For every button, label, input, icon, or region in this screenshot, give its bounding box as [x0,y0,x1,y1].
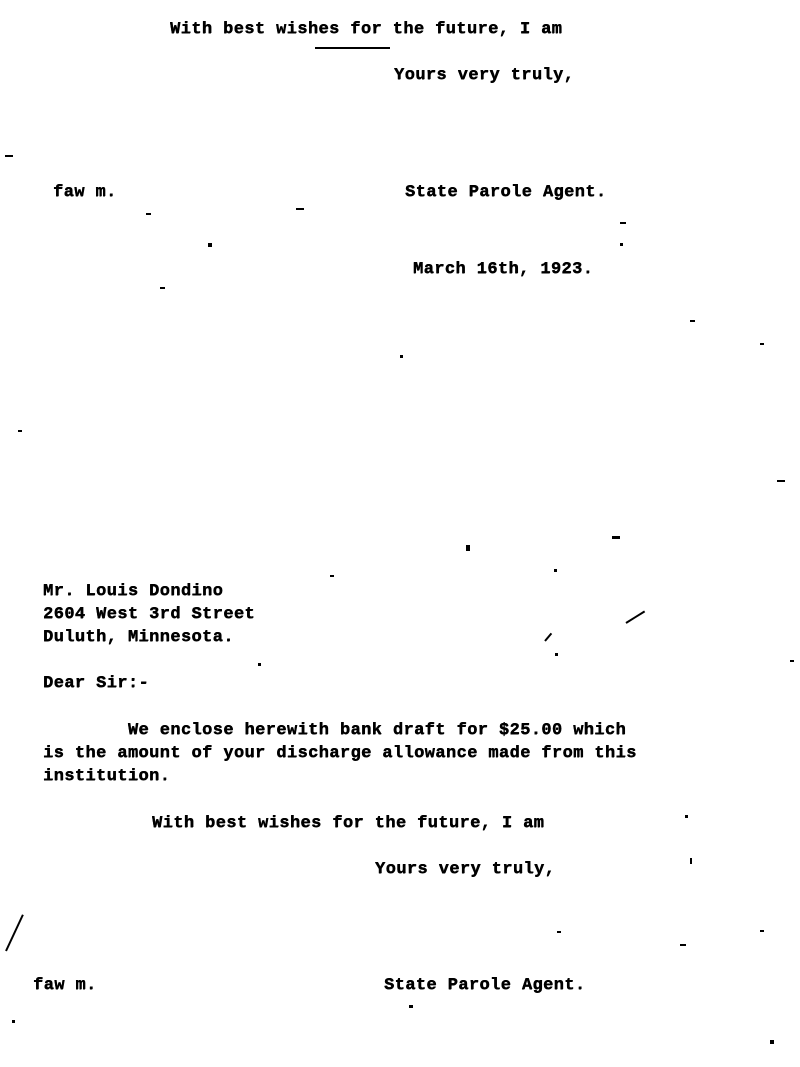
recipient-city-state: Duluth, Minnesota. [43,628,234,648]
previous-closing-line: With best wishes for the future, I am [170,20,562,40]
body-line: institution. [43,767,170,787]
recipient-street: 2604 West 3rd Street [43,605,255,625]
recipient-name: Mr. Louis Dondino [43,582,223,602]
scanned-letter-page: With best wishes for the future, I am Yo… [0,0,800,1067]
previous-typist-initials: faw m. [53,183,117,203]
letter-date: March 16th, 1923. [413,260,593,280]
salutation: Dear Sir:- [43,674,149,694]
body-line: We enclose herewith bank draft for $25.0… [43,721,626,741]
complimentary-close: Yours very truly, [375,860,555,880]
signature-title: State Parole Agent. [384,976,585,996]
body-line: is the amount of your discharge allowanc… [43,744,637,764]
previous-complimentary-close: Yours very truly, [394,66,574,86]
underline-mark [315,47,390,49]
typist-initials: faw m. [33,976,97,996]
previous-signature-title: State Parole Agent. [405,183,606,203]
closing-line: With best wishes for the future, I am [152,814,544,834]
